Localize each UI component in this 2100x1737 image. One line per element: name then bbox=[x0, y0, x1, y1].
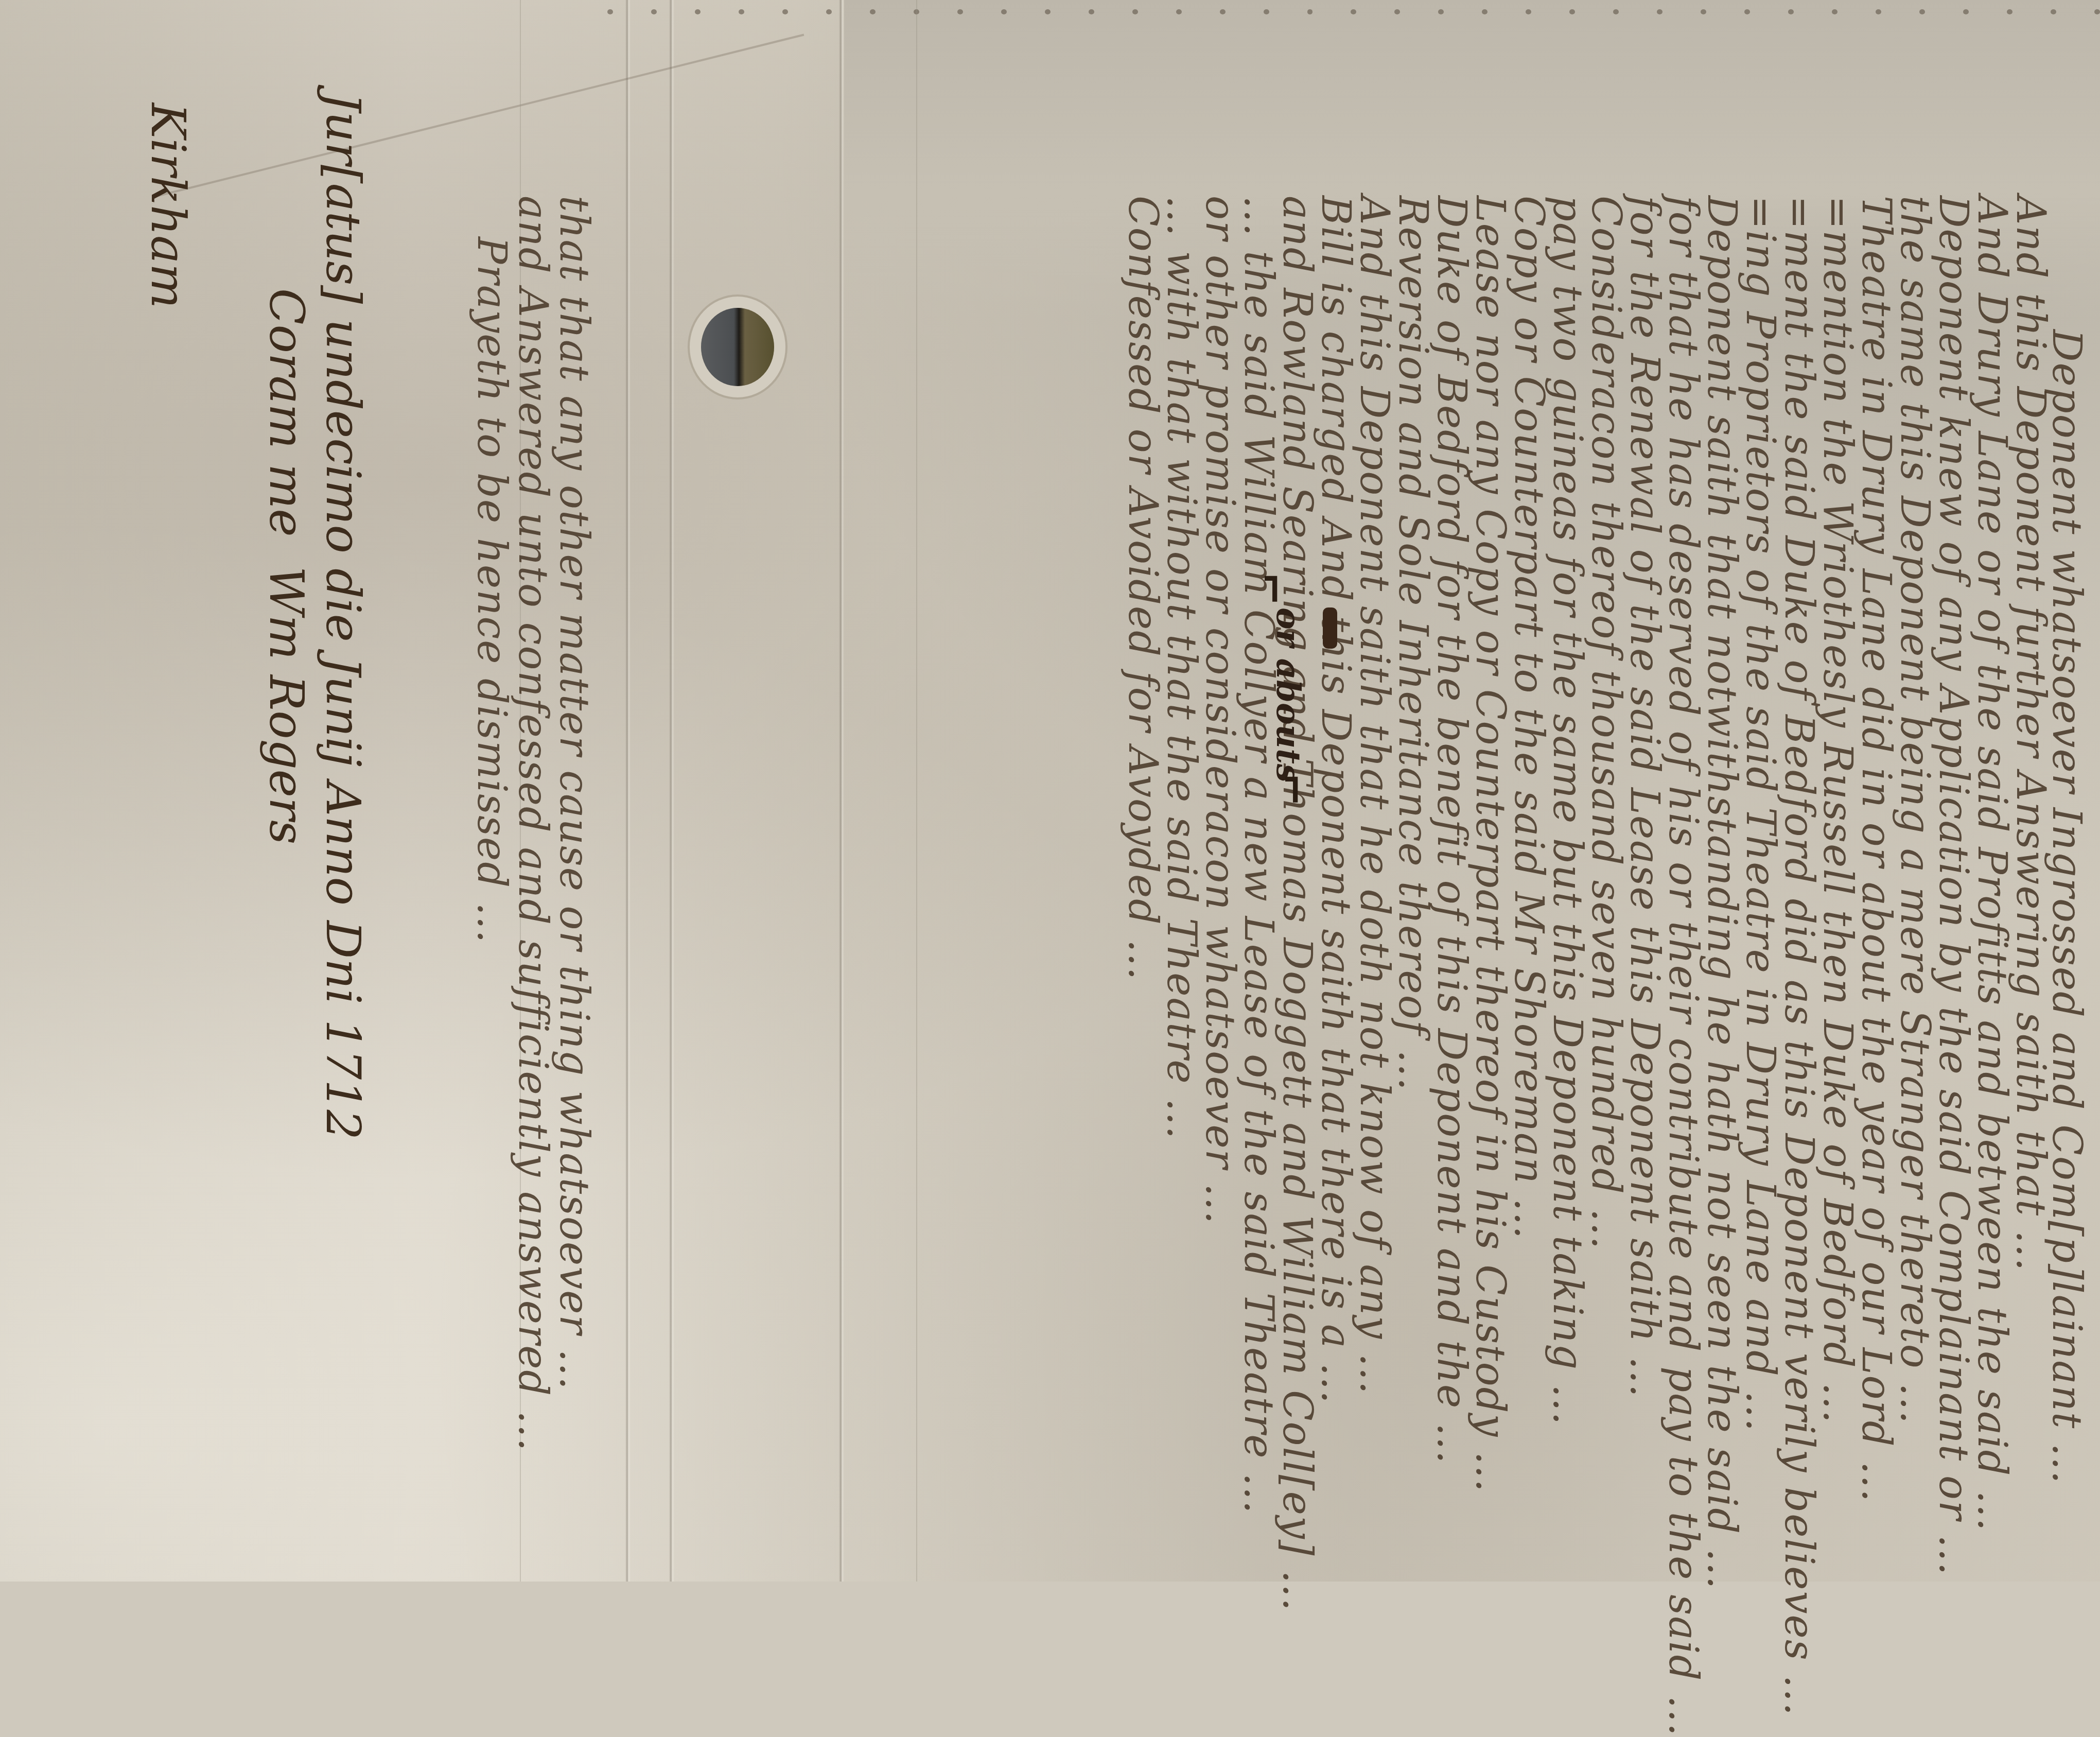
body-line: that that any other matter cause or thin… bbox=[551, 196, 597, 1391]
interlinear-annotation: or abouts bbox=[1269, 607, 1307, 783]
document-text-layer: Deponent whatsoever Ingrossed and Com[p]… bbox=[0, 0, 2100, 1582]
insertion-caret-icon: ⌐ bbox=[1270, 772, 1318, 807]
jurat-line-1: Jur[atus] undecimo die Junij Anno Dni 17… bbox=[316, 93, 371, 1140]
body-line: Prayeth to be hence dismissed ... bbox=[468, 237, 515, 944]
signature: Kirkham bbox=[141, 103, 196, 308]
insertion-caret-icon: ⌐ bbox=[1249, 571, 1297, 606]
body-line: Confessed or Avoided for Avoyded ... bbox=[1119, 196, 1166, 981]
body-line: and Answered unto confessed and sufficie… bbox=[510, 196, 556, 1452]
ink-blot bbox=[1323, 607, 1337, 649]
jurat-official: Wm Rogers bbox=[259, 566, 314, 844]
jurat-coram: Coram me bbox=[259, 288, 314, 537]
